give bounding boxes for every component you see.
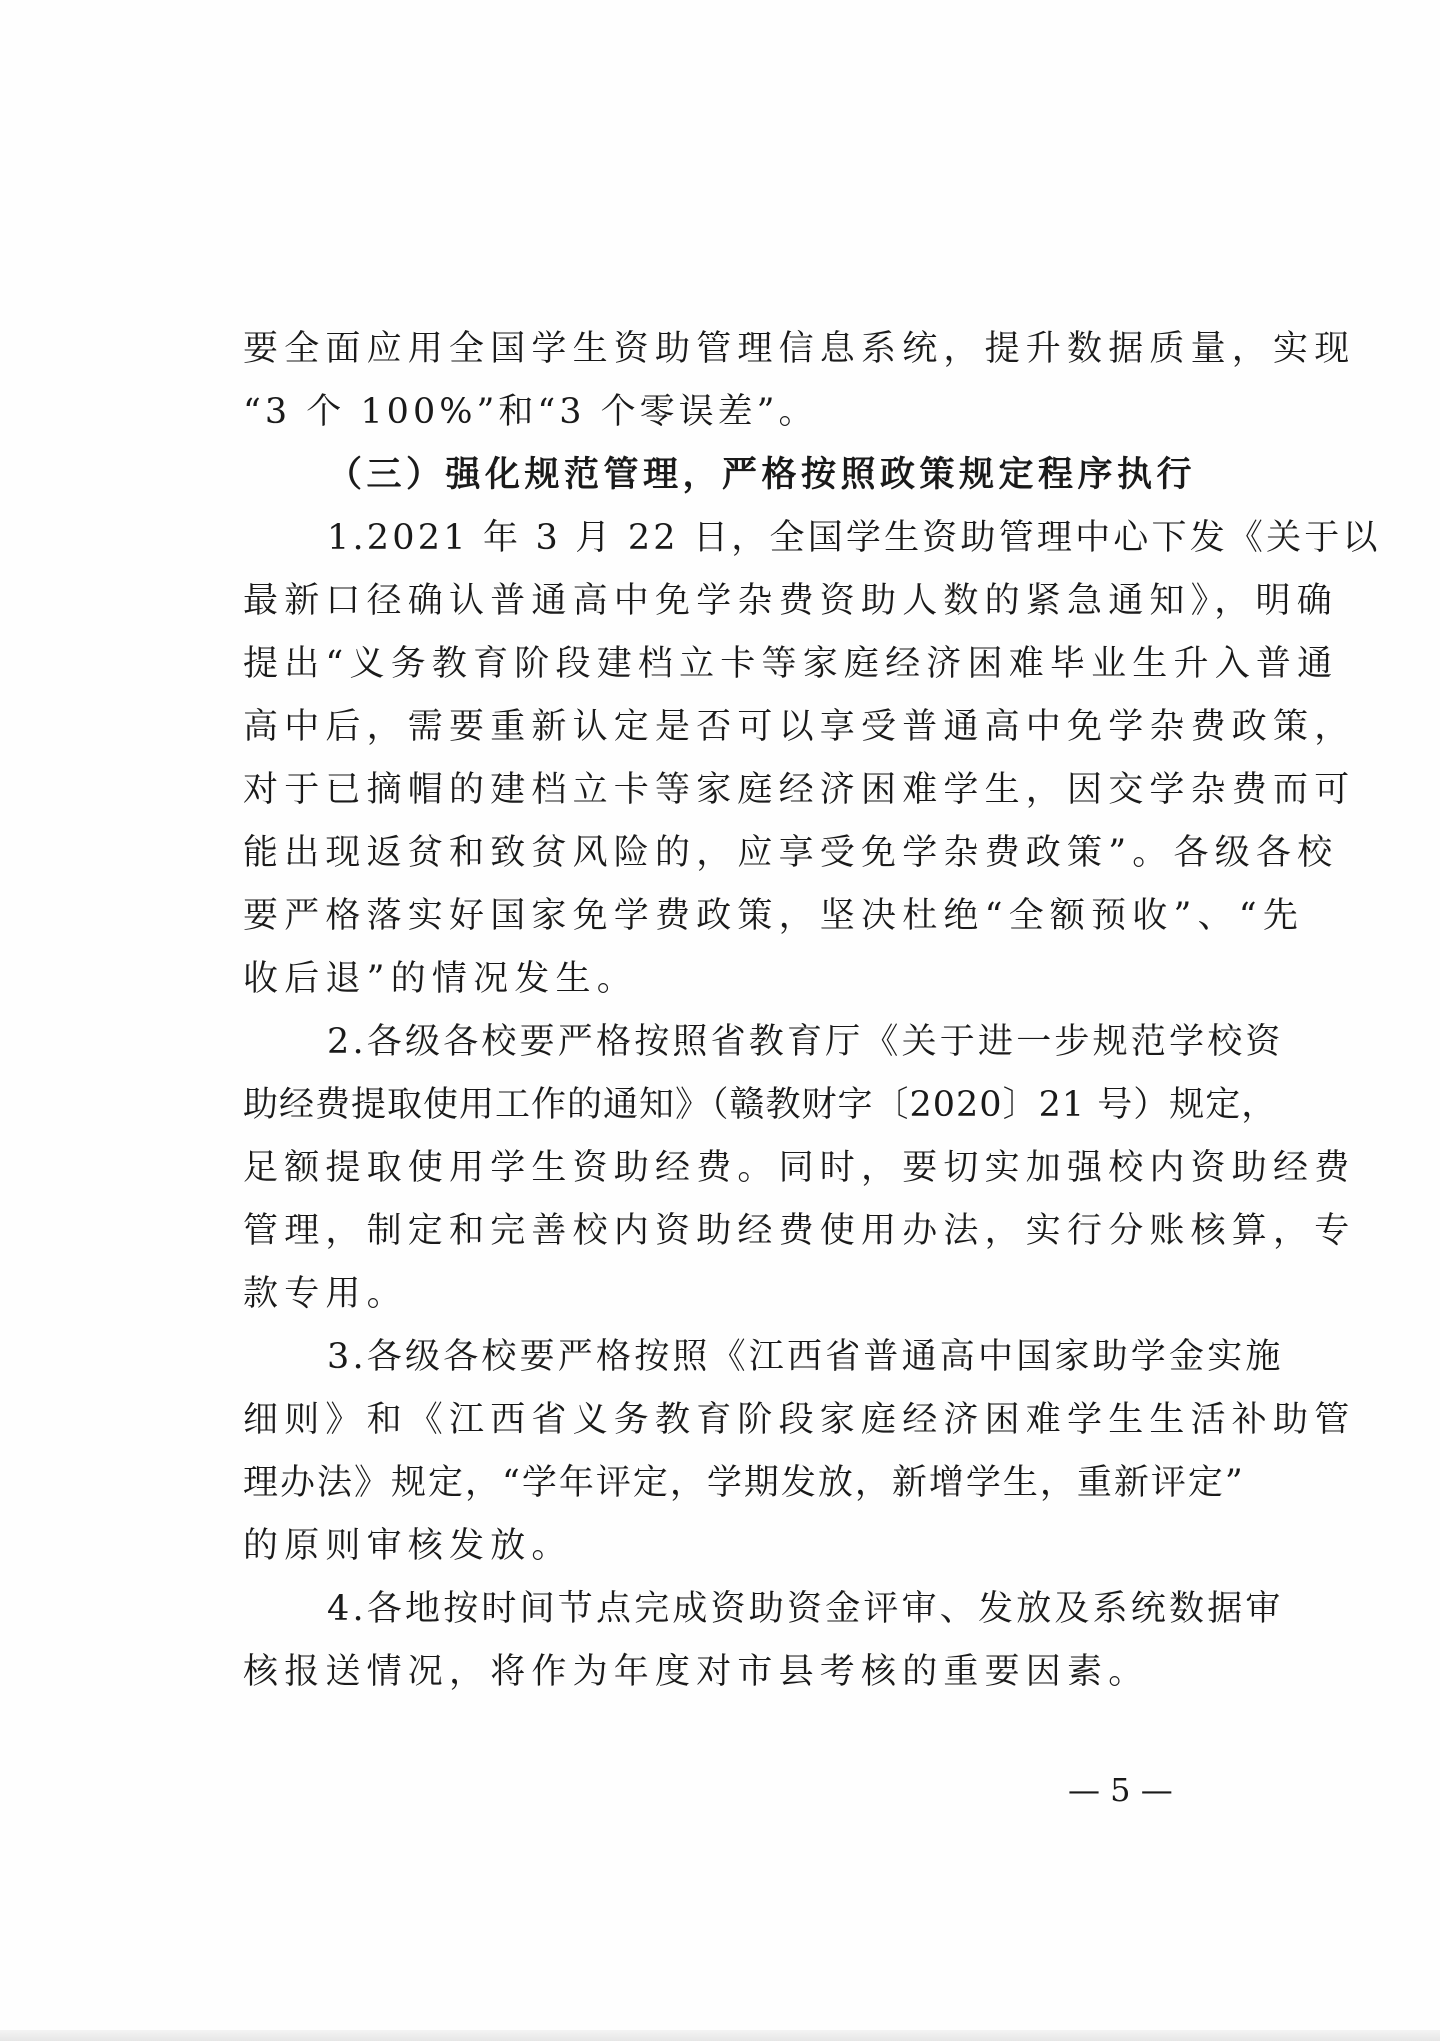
item-1-line: 最新口径确认普通高中免学杂费资助人数的紧急通知》，明确	[243, 570, 1215, 633]
body-text: 要全面应用全国学生资助管理信息系统，提升数据质量，实现 “3 个 100%”和“…	[243, 318, 1215, 1704]
item-3-line: 的原则审核发放。	[243, 1515, 1215, 1578]
item-2-line: 管理，制定和完善校内资助经费使用办法，实行分账核算，专	[243, 1200, 1215, 1263]
paragraph-line: 要全面应用全国学生资助管理信息系统，提升数据质量，实现	[243, 318, 1215, 381]
item-3-line: 理办法》规定，“学年评定，学期发放，新增学生，重新评定”	[243, 1452, 1215, 1515]
item-1-line: 提出“义务教育阶段建档立卡等家庭经济困难毕业生升入普通	[243, 633, 1215, 696]
item-4-line: 核报送情况，将作为年度对市县考核的重要因素。	[243, 1641, 1215, 1704]
item-1-line: 要严格落实好国家免学费政策，坚决杜绝“全额预收”、“先	[243, 885, 1215, 948]
paragraph-line: “3 个 100%”和“3 个零误差”。	[243, 381, 1215, 444]
item-3-line: 3.各级各校要严格按照《江西省普通高中国家助学金实施	[243, 1326, 1215, 1389]
section-heading: （三）强化规范管理，严格按照政策规定程序执行	[243, 444, 1215, 507]
item-1-line: 能出现返贫和致贫风险的，应享受免学杂费政策”。各级各校	[243, 822, 1215, 885]
item-1-line: 收后退”的情况发生。	[243, 948, 1215, 1011]
item-4-line: 4.各地按时间节点完成资助资金评审、发放及系统数据审	[243, 1578, 1215, 1641]
item-3-line: 细则》和《江西省义务教育阶段家庭经济困难学生生活补助管	[243, 1389, 1215, 1452]
item-2-line: 款专用。	[243, 1263, 1215, 1326]
item-1-line: 1.2021 年 3 月 22 日，全国学生资助管理中心下发《关于以	[243, 507, 1215, 570]
page-bottom-edge	[0, 2030, 1440, 2041]
item-1-line: 对于已摘帽的建档立卡等家庭经济困难学生，因交学杂费而可	[243, 759, 1215, 822]
item-2-line: 2.各级各校要严格按照省教育厅《关于进一步规范学校资	[243, 1011, 1215, 1074]
document-page: 要全面应用全国学生资助管理信息系统，提升数据质量，实现 “3 个 100%”和“…	[0, 0, 1440, 2030]
page-number: — 5 —	[1068, 1768, 1173, 1812]
item-1-line: 高中后，需要重新认定是否可以享受普通高中免学杂费政策，	[243, 696, 1215, 759]
item-2-line: 助经费提取使用工作的通知》（赣教财字〔2020〕21 号）规定，	[243, 1074, 1215, 1137]
item-2-line: 足额提取使用学生资助经费。同时，要切实加强校内资助经费	[243, 1137, 1215, 1200]
